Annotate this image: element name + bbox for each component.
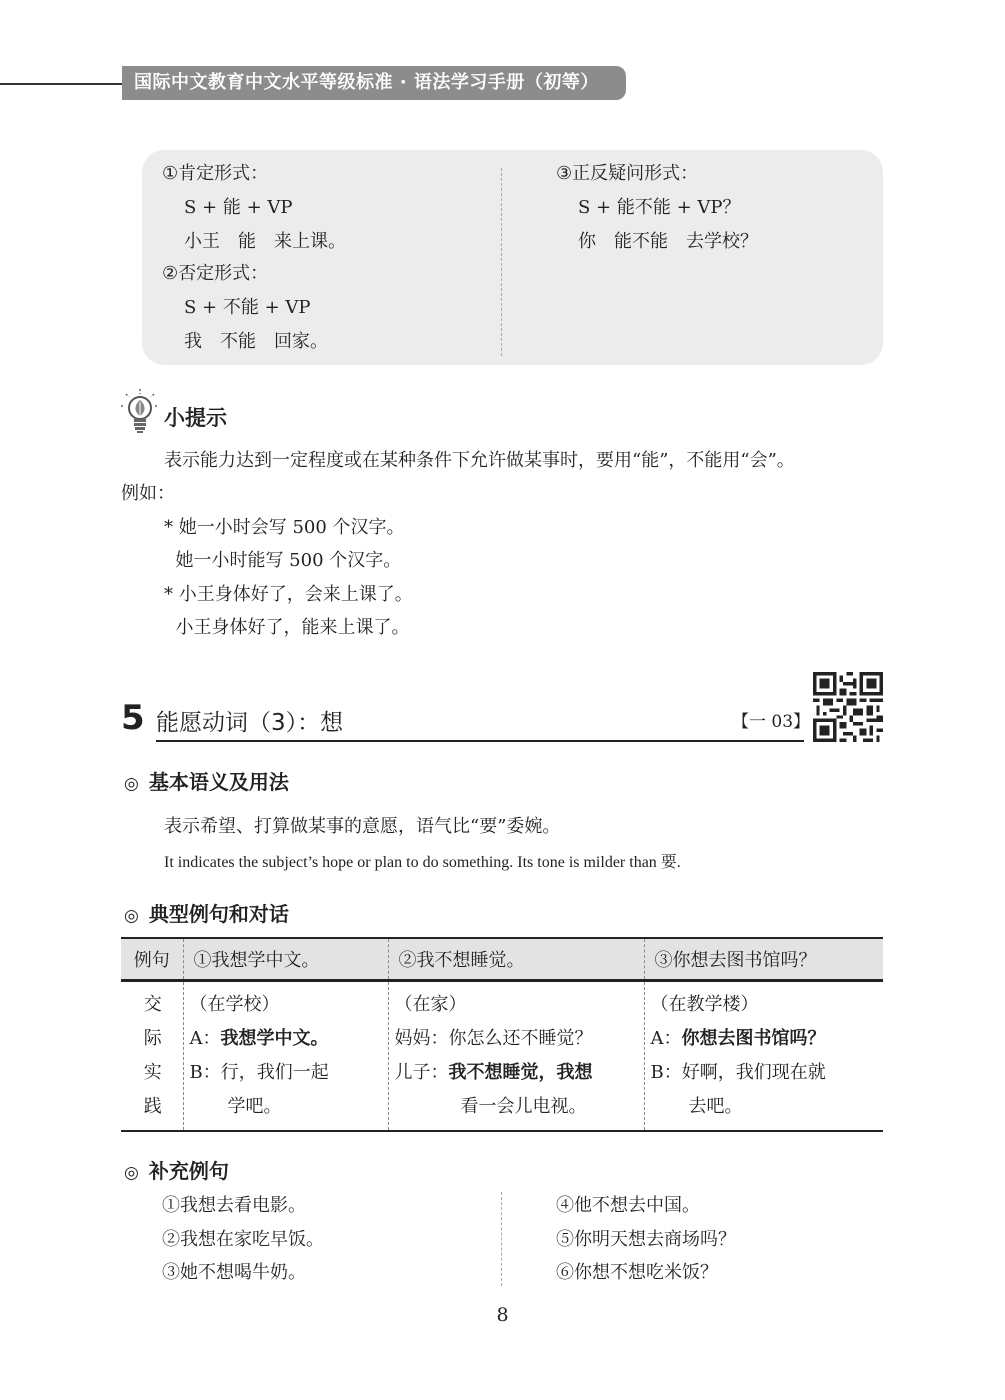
book-title: 国际中文教育中文水平等级标准 · 语法学习手册（初等） — [122, 66, 626, 100]
section-rule — [156, 740, 804, 742]
dialog-line: 好啊，我们现在就 — [682, 1062, 826, 1083]
affirmative-example: 小王 能 来上课。 — [184, 230, 346, 254]
double-circle-icon: ◎ — [124, 774, 139, 794]
example-sentence: ①我想学中文。 — [183, 938, 388, 980]
example-sentence: ③你想去图书馆吗？ — [644, 938, 883, 980]
typical-examples-heading-text: 典型例句和对话 — [149, 902, 289, 926]
speaker: B： — [190, 1062, 221, 1083]
section-title: 能愿动词（3）：想 — [156, 704, 343, 737]
dialog-line: 行，我们一起 — [221, 1062, 329, 1083]
supplementary-example: ⑥你想不想吃米饭？ — [556, 1261, 718, 1285]
affirmative-label: ①肯定形式： — [162, 162, 268, 186]
dialog-scene: （在家） — [395, 988, 640, 1022]
dialog-line: 我想学中文。 — [221, 1028, 329, 1049]
speaker: A： — [651, 1028, 682, 1049]
practice-label: 交 际 实 践 — [121, 980, 183, 1131]
tip-example: 小王身体好了，能来上课了。 — [164, 616, 409, 640]
section-number: 5 — [121, 698, 145, 738]
practice-label-char: 际 — [127, 1022, 179, 1056]
dialog-line: 学吧。 — [228, 1096, 282, 1117]
dialog-cell: （在学校） A：我想学中文。 B：行，我们一起 学吧。 — [183, 980, 388, 1131]
dialog-line: 去吧。 — [689, 1096, 743, 1117]
column-divider — [501, 168, 502, 356]
header-rule — [0, 83, 122, 85]
page-number: 8 — [0, 1304, 1005, 1326]
column-divider — [501, 1192, 502, 1286]
dialog-line: 你怎么还不睡觉？ — [449, 1028, 593, 1049]
practice-label-char: 践 — [127, 1090, 179, 1124]
table-header-row: 例句 ①我想学中文。 ②我不想睡觉。 ③你想去图书馆吗？ — [121, 938, 883, 980]
affirmative-pattern: S + 能 + VP — [184, 196, 293, 220]
question-pattern: S + 能不能 + VP？ — [578, 196, 741, 220]
lightbulb-icon — [120, 388, 160, 434]
tip-example: * 她一小时会写 500 个汉字。 — [164, 516, 405, 540]
basic-meaning-zh: 表示希望、打算做某事的意愿，语气比“要”委婉。 — [164, 815, 560, 839]
dialog-scene: （在学校） — [190, 988, 384, 1022]
supplementary-example: ③她不想喝牛奶。 — [162, 1261, 306, 1285]
basic-meaning-heading-text: 基本语义及用法 — [149, 770, 289, 794]
dialog-scene: （在教学楼） — [651, 988, 880, 1022]
negative-label: ②否定形式： — [162, 262, 268, 286]
sentence-forms-box: ①肯定形式： S + 能 + VP 小王 能 来上课。 ②否定形式： S + 不… — [142, 150, 883, 365]
tip-title: 小提示 — [164, 402, 227, 432]
examples-table: 例句 ①我想学中文。 ②我不想睡觉。 ③你想去图书馆吗？ 交 际 实 践 （在学… — [121, 937, 883, 1132]
speaker: 妈妈： — [395, 1028, 449, 1049]
basic-meaning-heading: ◎基本语义及用法 — [124, 766, 289, 795]
section-code: 【一 03】 — [732, 707, 810, 732]
table-row: 交 际 实 践 （在学校） A：我想学中文。 B：行，我们一起 学吧。 （在家）… — [121, 980, 883, 1131]
negative-pattern: S + 不能 + VP — [184, 296, 311, 320]
qr-code-icon[interactable] — [813, 672, 883, 742]
supplementary-heading-text: 补充例句 — [149, 1159, 229, 1183]
example-sentence: ②我不想睡觉。 — [388, 938, 644, 980]
practice-label-char: 交 — [127, 988, 179, 1022]
basic-meaning-en: It indicates the subject’s hope or plan … — [164, 849, 681, 872]
typical-examples-heading: ◎典型例句和对话 — [124, 898, 289, 927]
supplementary-example: ①我想去看电影。 — [162, 1194, 306, 1218]
supplementary-example: ④他不想去中国。 — [556, 1194, 700, 1218]
row-header: 例句 — [121, 938, 183, 980]
tip-example: * 小王身体好了，会来上课了。 — [164, 583, 413, 607]
speaker: B： — [651, 1062, 682, 1083]
tip-text: 表示能力达到一定程度或在某种条件下允许做某事时，要用“能”，不能用“会”。 — [164, 449, 795, 473]
negative-example: 我 不能 回家。 — [184, 330, 328, 354]
tip-text-example-intro: 例如： — [121, 482, 175, 506]
speaker: 儿子： — [395, 1062, 449, 1083]
dialog-cell: （在教学楼） A：你想去图书馆吗？ B：好啊，我们现在就 去吧。 — [644, 980, 883, 1131]
tip-example: 她一小时能写 500 个汉字。 — [164, 549, 401, 573]
dialog-line: 我不想睡觉，我想 — [449, 1062, 593, 1083]
double-circle-icon: ◎ — [124, 906, 139, 926]
dialog-line: 你想去图书馆吗？ — [682, 1028, 826, 1049]
question-label: ③正反疑问形式： — [556, 162, 698, 186]
double-circle-icon: ◎ — [124, 1163, 139, 1183]
dialog-line: 看一会儿电视。 — [461, 1096, 587, 1117]
supplementary-example: ②我想在家吃早饭。 — [162, 1228, 324, 1252]
supplementary-example: ⑤你明天想去商场吗？ — [556, 1228, 736, 1252]
question-example: 你 能不能 去学校？ — [578, 230, 758, 254]
practice-label-char: 实 — [127, 1056, 179, 1090]
speaker: A： — [190, 1028, 221, 1049]
dialog-cell: （在家） 妈妈：你怎么还不睡觉？ 儿子：我不想睡觉，我想 看一会儿电视。 — [388, 980, 644, 1131]
supplementary-heading: ◎补充例句 — [124, 1155, 229, 1184]
